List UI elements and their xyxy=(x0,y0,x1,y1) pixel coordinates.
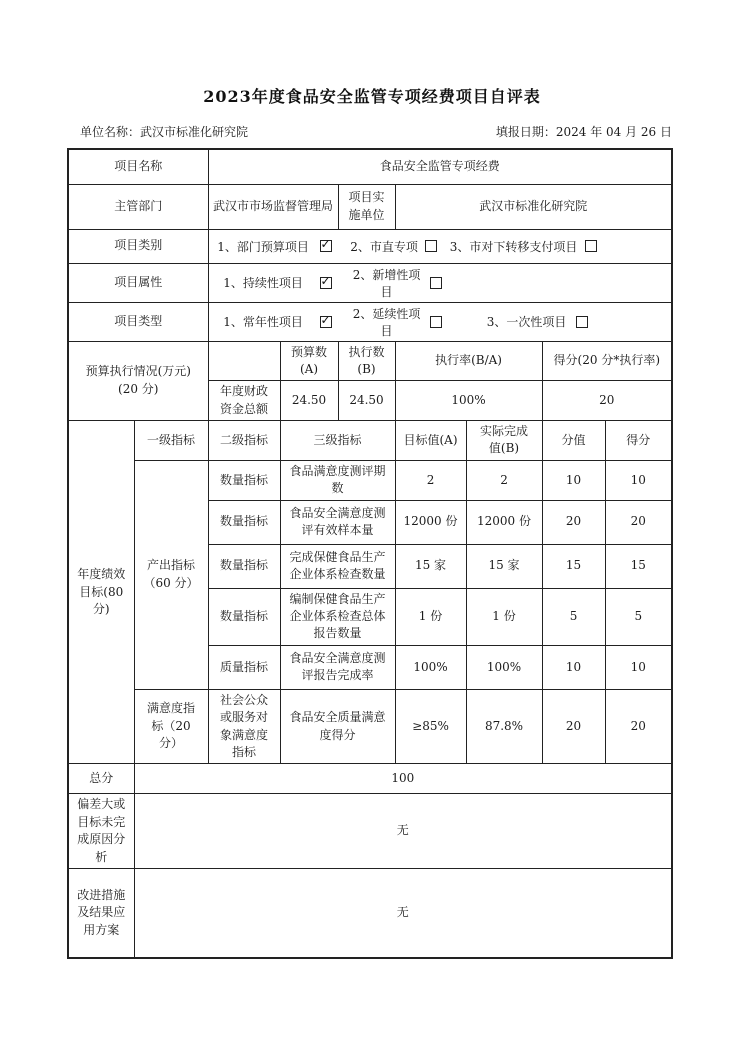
category-option-3-checkbox xyxy=(585,240,597,252)
row6-level3: 食品安全质量满意 度得分 xyxy=(280,689,395,764)
exec-amount: 24.50 xyxy=(338,381,395,421)
row6-score: 20 xyxy=(542,689,605,764)
row5-target: 100% xyxy=(395,645,466,689)
total-label: 总分 xyxy=(68,764,134,794)
row6-points: 20 xyxy=(605,689,672,764)
header-score: 分值 xyxy=(542,421,605,461)
implementer-label: 项目实 施单位 xyxy=(338,184,395,229)
category-option-1-checkbox xyxy=(320,240,332,252)
meta-row: 单位名称：武汉市标准化研究院 填报日期：2024 年 04 月 26 日 xyxy=(80,123,672,140)
row4-actual: 1 份 xyxy=(466,588,542,645)
row3-actual: 15 家 xyxy=(466,544,542,588)
row4-score: 5 xyxy=(542,588,605,645)
budget-col-budget: 预算数 (A) xyxy=(280,341,338,381)
header-level3: 三级指标 xyxy=(280,421,395,461)
deviation-row: 偏差大或 目标未完 成原因分 析 无 xyxy=(68,794,672,869)
attribute-options: 1、持续性项目 2、新增性项目 xyxy=(208,263,672,302)
budget-amount: 24.50 xyxy=(280,381,338,421)
category-option-2-label: 2、市直专项 xyxy=(350,238,419,255)
row5-points: 10 xyxy=(605,645,672,689)
unit-value: 武汉市标准化研究院 xyxy=(140,125,248,139)
performance-group-label: 年度绩效 目标(80 分) xyxy=(68,421,134,764)
self-evaluation-table: 项目名称 食品安全监管专项经费 主管部门 武汉市市场监督管理局 项目实 施单位 … xyxy=(67,148,673,959)
row5-score: 10 xyxy=(542,645,605,689)
deviation-value: 无 xyxy=(134,794,672,869)
header-target: 目标值(A) xyxy=(395,421,466,461)
date-label: 填报日期： xyxy=(496,125,556,139)
project-name-label: 项目名称 xyxy=(68,149,208,184)
improvement-value: 无 xyxy=(134,868,672,958)
total-value: 100 xyxy=(134,764,672,794)
type-option-1-label: 1、常年性项目 xyxy=(213,313,314,330)
row3-target: 15 家 xyxy=(395,544,466,588)
category-label: 项目类别 xyxy=(68,229,208,263)
type-option-1-checkbox xyxy=(320,316,332,328)
attribute-option-2-checkbox xyxy=(430,277,442,289)
row4-points: 5 xyxy=(605,588,672,645)
category-row: 项目类别 1、部门预算项目 2、市直专项 3、市对下转移支付项目 xyxy=(68,229,672,263)
indicator-row: 产出指标 （60 分） 数量指标 食品满意度测评期 数 2 2 10 10 xyxy=(68,460,672,500)
unit-name: 单位名称：武汉市标准化研究院 xyxy=(80,123,248,140)
type-label: 项目类型 xyxy=(68,302,208,341)
implementer-value: 武汉市标准化研究院 xyxy=(395,184,672,229)
row2-score: 20 xyxy=(542,500,605,544)
row1-target: 2 xyxy=(395,460,466,500)
document-page: 2023年度食品安全监管专项经费项目自评表 单位名称：武汉市标准化研究院 填报日… xyxy=(0,0,744,1052)
row3-level3: 完成保健食品生产 企业体系检查数量 xyxy=(280,544,395,588)
type-option-2-label: 2、延续性项目 xyxy=(350,305,424,339)
improvement-row: 改进措施 及结果应 用方案 无 xyxy=(68,868,672,958)
row2-actual: 12000 份 xyxy=(466,500,542,544)
row1-actual: 2 xyxy=(466,460,542,500)
row5-actual: 100% xyxy=(466,645,542,689)
total-row: 总分 100 xyxy=(68,764,672,794)
row2-target: 12000 份 xyxy=(395,500,466,544)
header-actual: 实际完成 值(B) xyxy=(466,421,542,461)
header-level1: 一级指标 xyxy=(134,421,208,461)
indicator-row: 满意度指 标（20 分） 社会公众 或服务对 象满意度 指标 食品安全质量满意 … xyxy=(68,689,672,764)
project-name-value: 食品安全监管专项经费 xyxy=(208,149,672,184)
budget-header-row: 预算执行情况(万元) (20 分) 预算数 (A) 执行数 (B) 执行率(B/… xyxy=(68,341,672,381)
row2-points: 20 xyxy=(605,500,672,544)
budget-empty-cell xyxy=(208,341,280,381)
attribute-row: 项目属性 1、持续性项目 2、新增性项目 xyxy=(68,263,672,302)
budget-row-label: 年度财政 资金总额 xyxy=(208,381,280,421)
row3-score: 15 xyxy=(542,544,605,588)
header-level2: 二级指标 xyxy=(208,421,280,461)
row4-level2: 数量指标 xyxy=(208,588,280,645)
row6-level2: 社会公众 或服务对 象满意度 指标 xyxy=(208,689,280,764)
budget-score: 20 xyxy=(542,381,672,421)
exec-rate: 100% xyxy=(395,381,542,421)
page-title: 2023年度食品安全监管专项经费项目自评表 xyxy=(0,84,744,107)
attribute-option-1-label: 1、持续性项目 xyxy=(213,274,314,291)
improvement-label: 改进措施 及结果应 用方案 xyxy=(68,868,134,958)
category-option-1-label: 1、部门预算项目 xyxy=(213,238,314,255)
category-option-2-checkbox xyxy=(425,240,437,252)
satisfaction-group-label: 满意度指 标（20 分） xyxy=(134,689,208,764)
row6-target: ≥85% xyxy=(395,689,466,764)
category-options: 1、部门预算项目 2、市直专项 3、市对下转移支付项目 xyxy=(208,229,672,263)
row3-points: 15 xyxy=(605,544,672,588)
department-value: 武汉市市场监督管理局 xyxy=(208,184,338,229)
project-name-row: 项目名称 食品安全监管专项经费 xyxy=(68,149,672,184)
budget-col-score: 得分(20 分*执行率) xyxy=(542,341,672,381)
department-label: 主管部门 xyxy=(68,184,208,229)
row6-actual: 87.8% xyxy=(466,689,542,764)
row3-level2: 数量指标 xyxy=(208,544,280,588)
type-option-3-checkbox xyxy=(576,316,588,328)
row5-level3: 食品安全满意度测 评报告完成率 xyxy=(280,645,395,689)
row1-score: 10 xyxy=(542,460,605,500)
row2-level2: 数量指标 xyxy=(208,500,280,544)
row1-level3: 食品满意度测评期 数 xyxy=(280,460,395,500)
attribute-option-2-label: 2、新增性项目 xyxy=(350,266,424,300)
attribute-label: 项目属性 xyxy=(68,263,208,302)
row1-points: 10 xyxy=(605,460,672,500)
output-group-label: 产出指标 （60 分） xyxy=(134,460,208,689)
row4-target: 1 份 xyxy=(395,588,466,645)
type-option-2-checkbox xyxy=(430,316,442,328)
budget-section-label: 预算执行情况(万元) (20 分) xyxy=(68,341,208,421)
indicator-header-row: 年度绩效 目标(80 分) 一级指标 二级指标 三级指标 目标值(A) 实际完成… xyxy=(68,421,672,461)
row1-level2: 数量指标 xyxy=(208,460,280,500)
header-points: 得分 xyxy=(605,421,672,461)
unit-label: 单位名称： xyxy=(80,125,140,139)
budget-col-exec: 执行数 (B) xyxy=(338,341,395,381)
date-value: 2024 年 04 月 26 日 xyxy=(556,125,672,139)
row2-level3: 食品安全满意度测 评有效样本量 xyxy=(280,500,395,544)
row4-level3: 编制保健食品生产 企业体系检查总体 报告数量 xyxy=(280,588,395,645)
row5-level2: 质量指标 xyxy=(208,645,280,689)
budget-col-rate: 执行率(B/A) xyxy=(395,341,542,381)
report-date: 填报日期：2024 年 04 月 26 日 xyxy=(496,123,672,140)
deviation-label: 偏差大或 目标未完 成原因分 析 xyxy=(68,794,134,869)
type-row: 项目类型 1、常年性项目 2、延续性项目 3、一次性项目 xyxy=(68,302,672,341)
department-row: 主管部门 武汉市市场监督管理局 项目实 施单位 武汉市标准化研究院 xyxy=(68,184,672,229)
type-option-3-label: 3、一次性项目 xyxy=(484,313,570,330)
type-options: 1、常年性项目 2、延续性项目 3、一次性项目 xyxy=(208,302,672,341)
category-option-3-label: 3、市对下转移支付项目 xyxy=(449,238,579,255)
attribute-option-1-checkbox xyxy=(320,277,332,289)
